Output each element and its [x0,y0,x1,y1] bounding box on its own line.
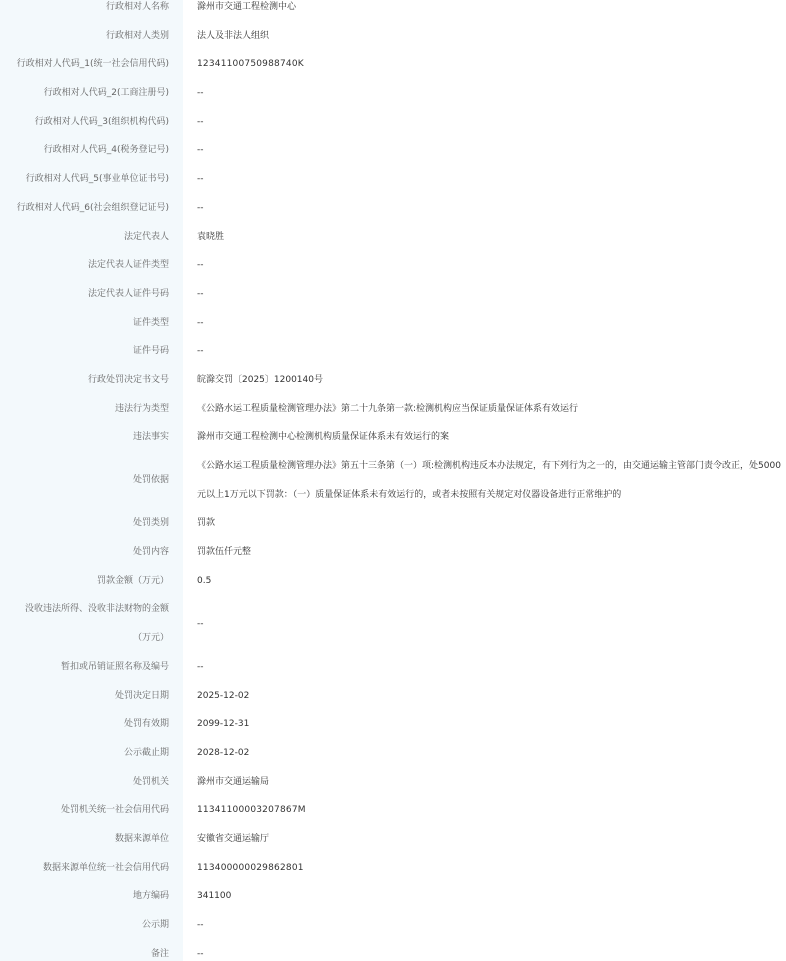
row-data-source-unit: 数据来源单位 安徽省交通运输厅 [0,825,786,854]
field-value: 罚款伍仟元整 [183,538,786,567]
field-label: 证件号码 [0,337,183,366]
field-label: 罚款金额（万元） [0,567,183,596]
row-legal-rep-id-type: 法定代表人证件类型 -- [0,251,786,280]
field-value: 12341100750988740K [183,50,786,79]
field-label: 行政相对人名称 [0,0,183,22]
field-label: 法定代表人证件类型 [0,251,183,280]
row-violation-facts: 违法事实 滁州市交通工程检测中心检测机构质量保证体系未有效运行的案 [0,423,786,452]
field-label: 行政相对人代码_2(工商注册号) [0,79,183,108]
field-value: 袁晓胜 [183,223,786,252]
row-local-code: 地方编码 341100 [0,882,786,911]
row-data-source-credit-code: 数据来源单位统一社会信用代码 113400000029862801 [0,854,786,883]
field-value: 滁州市交通工程检测中心 [183,0,786,22]
penalty-record-table: 行政相对人名称 滁州市交通工程检测中心 行政相对人类别 法人及非法人组织 行政相… [0,0,786,961]
field-label: 暂扣或吊销证照名称及编号 [0,653,183,682]
field-value: 罚款 [183,509,786,538]
row-party-code-5: 行政相对人代码_5(事业单位证书号) -- [0,165,786,194]
field-value: -- [183,251,786,280]
field-value: 《公路水运工程质量检测管理办法》第二十九条第一款:检测机构应当保证质量保证体系有… [183,395,786,424]
field-value: 法人及非法人组织 [183,22,786,51]
row-id-type: 证件类型 -- [0,309,786,338]
field-label: 证件类型 [0,309,183,338]
field-value: -- [183,911,786,940]
row-confiscation-amount: 没收违法所得、没收非法财物的金额（万元） -- [0,595,786,652]
field-label: 处罚内容 [0,538,183,567]
field-label: 行政处罚决定书文号 [0,366,183,395]
field-value: -- [183,337,786,366]
field-label: 处罚决定日期 [0,682,183,711]
field-value: -- [183,165,786,194]
row-id-number: 证件号码 -- [0,337,786,366]
field-label: 数据来源单位 [0,825,183,854]
field-label: 行政相对人代码_1(统一社会信用代码) [0,50,183,79]
field-label: 行政相对人类别 [0,22,183,51]
row-decision-date: 处罚决定日期 2025-12-02 [0,682,786,711]
field-label: 没收违法所得、没收非法财物的金额（万元） [0,595,183,652]
field-value: 滁州市交通工程检测中心检测机构质量保证体系未有效运行的案 [183,423,786,452]
field-label: 地方编码 [0,882,183,911]
field-label: 数据来源单位统一社会信用代码 [0,854,183,883]
field-label: 法定代表人证件号码 [0,280,183,309]
row-fine-amount: 罚款金额（万元） 0.5 [0,567,786,596]
row-party-code-6: 行政相对人代码_6(社会组织登记证号) -- [0,194,786,223]
row-publicity-deadline: 公示截止期 2028-12-02 [0,739,786,768]
row-party-category: 行政相对人类别 法人及非法人组织 [0,22,786,51]
field-label: 公示期 [0,911,183,940]
field-label: 违法事实 [0,423,183,452]
field-label: 法定代表人 [0,223,183,252]
field-value: -- [183,309,786,338]
row-party-code-3: 行政相对人代码_3(组织机构代码) -- [0,108,786,137]
row-penalty-content: 处罚内容 罚款伍仟元整 [0,538,786,567]
field-value: -- [183,653,786,682]
field-value: 安徽省交通运输厅 [183,825,786,854]
field-value: -- [183,108,786,137]
field-value: 341100 [183,882,786,911]
field-value: 2025-12-02 [183,682,786,711]
row-party-code-2: 行政相对人代码_2(工商注册号) -- [0,79,786,108]
field-value: -- [183,194,786,223]
row-violation-type: 违法行为类型 《公路水运工程质量检测管理办法》第二十九条第一款:检测机构应当保证… [0,395,786,424]
field-label: 备注 [0,940,183,961]
field-label: 处罚类别 [0,509,183,538]
field-label: 违法行为类型 [0,395,183,424]
field-label: 处罚有效期 [0,710,183,739]
field-value: -- [183,136,786,165]
field-label: 行政相对人代码_3(组织机构代码) [0,108,183,137]
field-value: 11341100003207867M [183,796,786,825]
row-party-code-1: 行政相对人代码_1(统一社会信用代码) 12341100750988740K [0,50,786,79]
field-label: 行政相对人代码_4(税务登记号) [0,136,183,165]
row-validity-period: 处罚有效期 2099-12-31 [0,710,786,739]
field-label: 处罚依据 [0,466,183,495]
field-value: -- [183,610,786,639]
row-license-suspension: 暂扣或吊销证照名称及编号 -- [0,653,786,682]
row-legal-representative: 法定代表人 袁晓胜 [0,223,786,252]
row-party-name: 行政相对人名称 滁州市交通工程检测中心 [0,0,786,22]
field-value: 滁州市交通运输局 [183,768,786,797]
field-value: 113400000029862801 [183,854,786,883]
field-value: 0.5 [183,567,786,596]
field-label: 行政相对人代码_5(事业单位证书号) [0,165,183,194]
row-remarks: 备注 -- [0,940,786,961]
row-authority-credit-code: 处罚机关统一社会信用代码 11341100003207867M [0,796,786,825]
field-label: 处罚机关统一社会信用代码 [0,796,183,825]
row-penalty-basis: 处罚依据 《公路水运工程质量检测管理办法》第五十三条第（一）项:检测机构违反本办… [0,452,786,509]
field-value: 2028-12-02 [183,739,786,768]
field-label: 公示截止期 [0,739,183,768]
row-party-code-4: 行政相对人代码_4(税务登记号) -- [0,136,786,165]
field-value: 2099-12-31 [183,710,786,739]
row-penalty-authority: 处罚机关 滁州市交通运输局 [0,768,786,797]
field-value: 《公路水运工程质量检测管理办法》第五十三条第（一）项:检测机构违反本办法规定，有… [183,452,786,509]
field-label: 行政相对人代码_6(社会组织登记证号) [0,194,183,223]
row-penalty-category: 处罚类别 罚款 [0,509,786,538]
row-publicity-period: 公示期 -- [0,911,786,940]
field-value: -- [183,280,786,309]
row-decision-document-number: 行政处罚决定书文号 皖滁交罚〔2025〕1200140号 [0,366,786,395]
field-value: -- [183,79,786,108]
field-label: 处罚机关 [0,768,183,797]
field-value: 皖滁交罚〔2025〕1200140号 [183,366,786,395]
field-value: -- [183,940,786,961]
row-legal-rep-id-number: 法定代表人证件号码 -- [0,280,786,309]
